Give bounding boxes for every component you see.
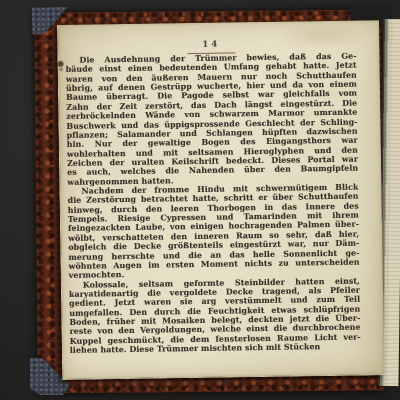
page-text: Die Ausdehnung der Trümmer bewies, daß d… xyxy=(65,52,360,356)
page-number: 14 xyxy=(202,41,220,50)
photo-backdrop: 14 Die Ausdehnung der Trümmer bewies, da… xyxy=(0,0,400,400)
book-page: 14 Die Ausdehnung der Trümmer bewies, da… xyxy=(57,20,384,380)
page-ink-stain-small xyxy=(59,67,64,72)
